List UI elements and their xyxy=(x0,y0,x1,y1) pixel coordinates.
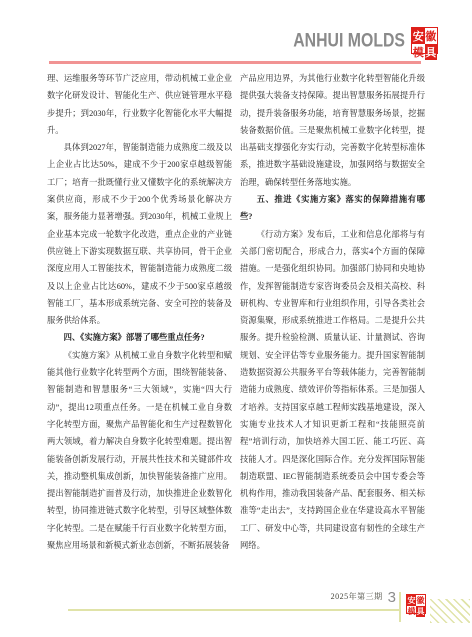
paragraph: 《实施方案》从机械工业自身数字化转型和赋能其他行业数字化转型两个方面，围绕智能装… xyxy=(47,347,232,555)
footer-divider-rule xyxy=(68,609,399,611)
right-column: 产品应用边界，为其他行业数字化转型智能化升级提供强大装备支持保障。提出智慧服务拓… xyxy=(240,70,425,554)
seal-char-an: 安 xyxy=(412,28,425,44)
left-column: 理、运维服务等环节广泛应用，带动机械工业企业数字化研发设计、智能化生产、供应链管… xyxy=(47,70,232,554)
page-number: 3 xyxy=(388,590,396,605)
paragraph: 《行动方案》发布后，工业和信息化部将与有关部门密切配合，形成合力，落实4个方面的… xyxy=(240,226,425,555)
seal-char-hui: 徽 xyxy=(425,28,438,44)
section-heading-5: 五、推进《实施方案》落实的保障措施有哪些? xyxy=(240,191,425,226)
magazine-page: ANHUI MOLDS 安 徽 模 具 理、运维服务等环节广泛应用，带动机械工业… xyxy=(0,0,472,637)
paragraph-continuation: 理、运维服务等环节广泛应用，带动机械工业企业数字化研发设计、智能化生产、供应链管… xyxy=(47,70,232,139)
header-divider-rule xyxy=(49,61,421,64)
anhui-molds-seal-icon: 安 徽 模 具 xyxy=(411,27,438,54)
section-heading-4: 四、《实施方案》部署了哪些重点任务? xyxy=(47,329,232,346)
seal-char-ju: 具 xyxy=(416,606,425,617)
footer-vertical-rule xyxy=(399,592,401,622)
seal-char-an: 安 xyxy=(407,595,416,606)
seal-char-mo: 模 xyxy=(412,44,425,60)
journal-title-en: ANHUI MOLDS xyxy=(293,29,405,52)
seal-char-hui: 徽 xyxy=(416,595,425,606)
paragraph: 具体到2027年，智能制造能力成熟度二级及以上企业占比达50%，建成不少于200… xyxy=(47,139,232,329)
anhui-molds-seal-icon-footer: 安 徽 模 具 xyxy=(406,594,426,614)
seal-char-ju: 具 xyxy=(425,44,438,60)
page-header: ANHUI MOLDS 安 徽 模 具 xyxy=(278,27,438,54)
issue-label: 2025年第三期 xyxy=(331,591,383,605)
footer-issue-info: 2025年第三期 3 xyxy=(150,590,396,605)
paragraph-continuation: 产品应用边界，为其他行业数字化转型智能化升级提供强大装备支持保障。提出智慧服务拓… xyxy=(240,70,425,191)
article-body: 理、运维服务等环节广泛应用，带动机械工业企业数字化研发设计、智能化生产、供应链管… xyxy=(47,70,425,554)
footer-hatch-decoration xyxy=(430,599,470,623)
seal-char-mo: 模 xyxy=(407,606,416,617)
